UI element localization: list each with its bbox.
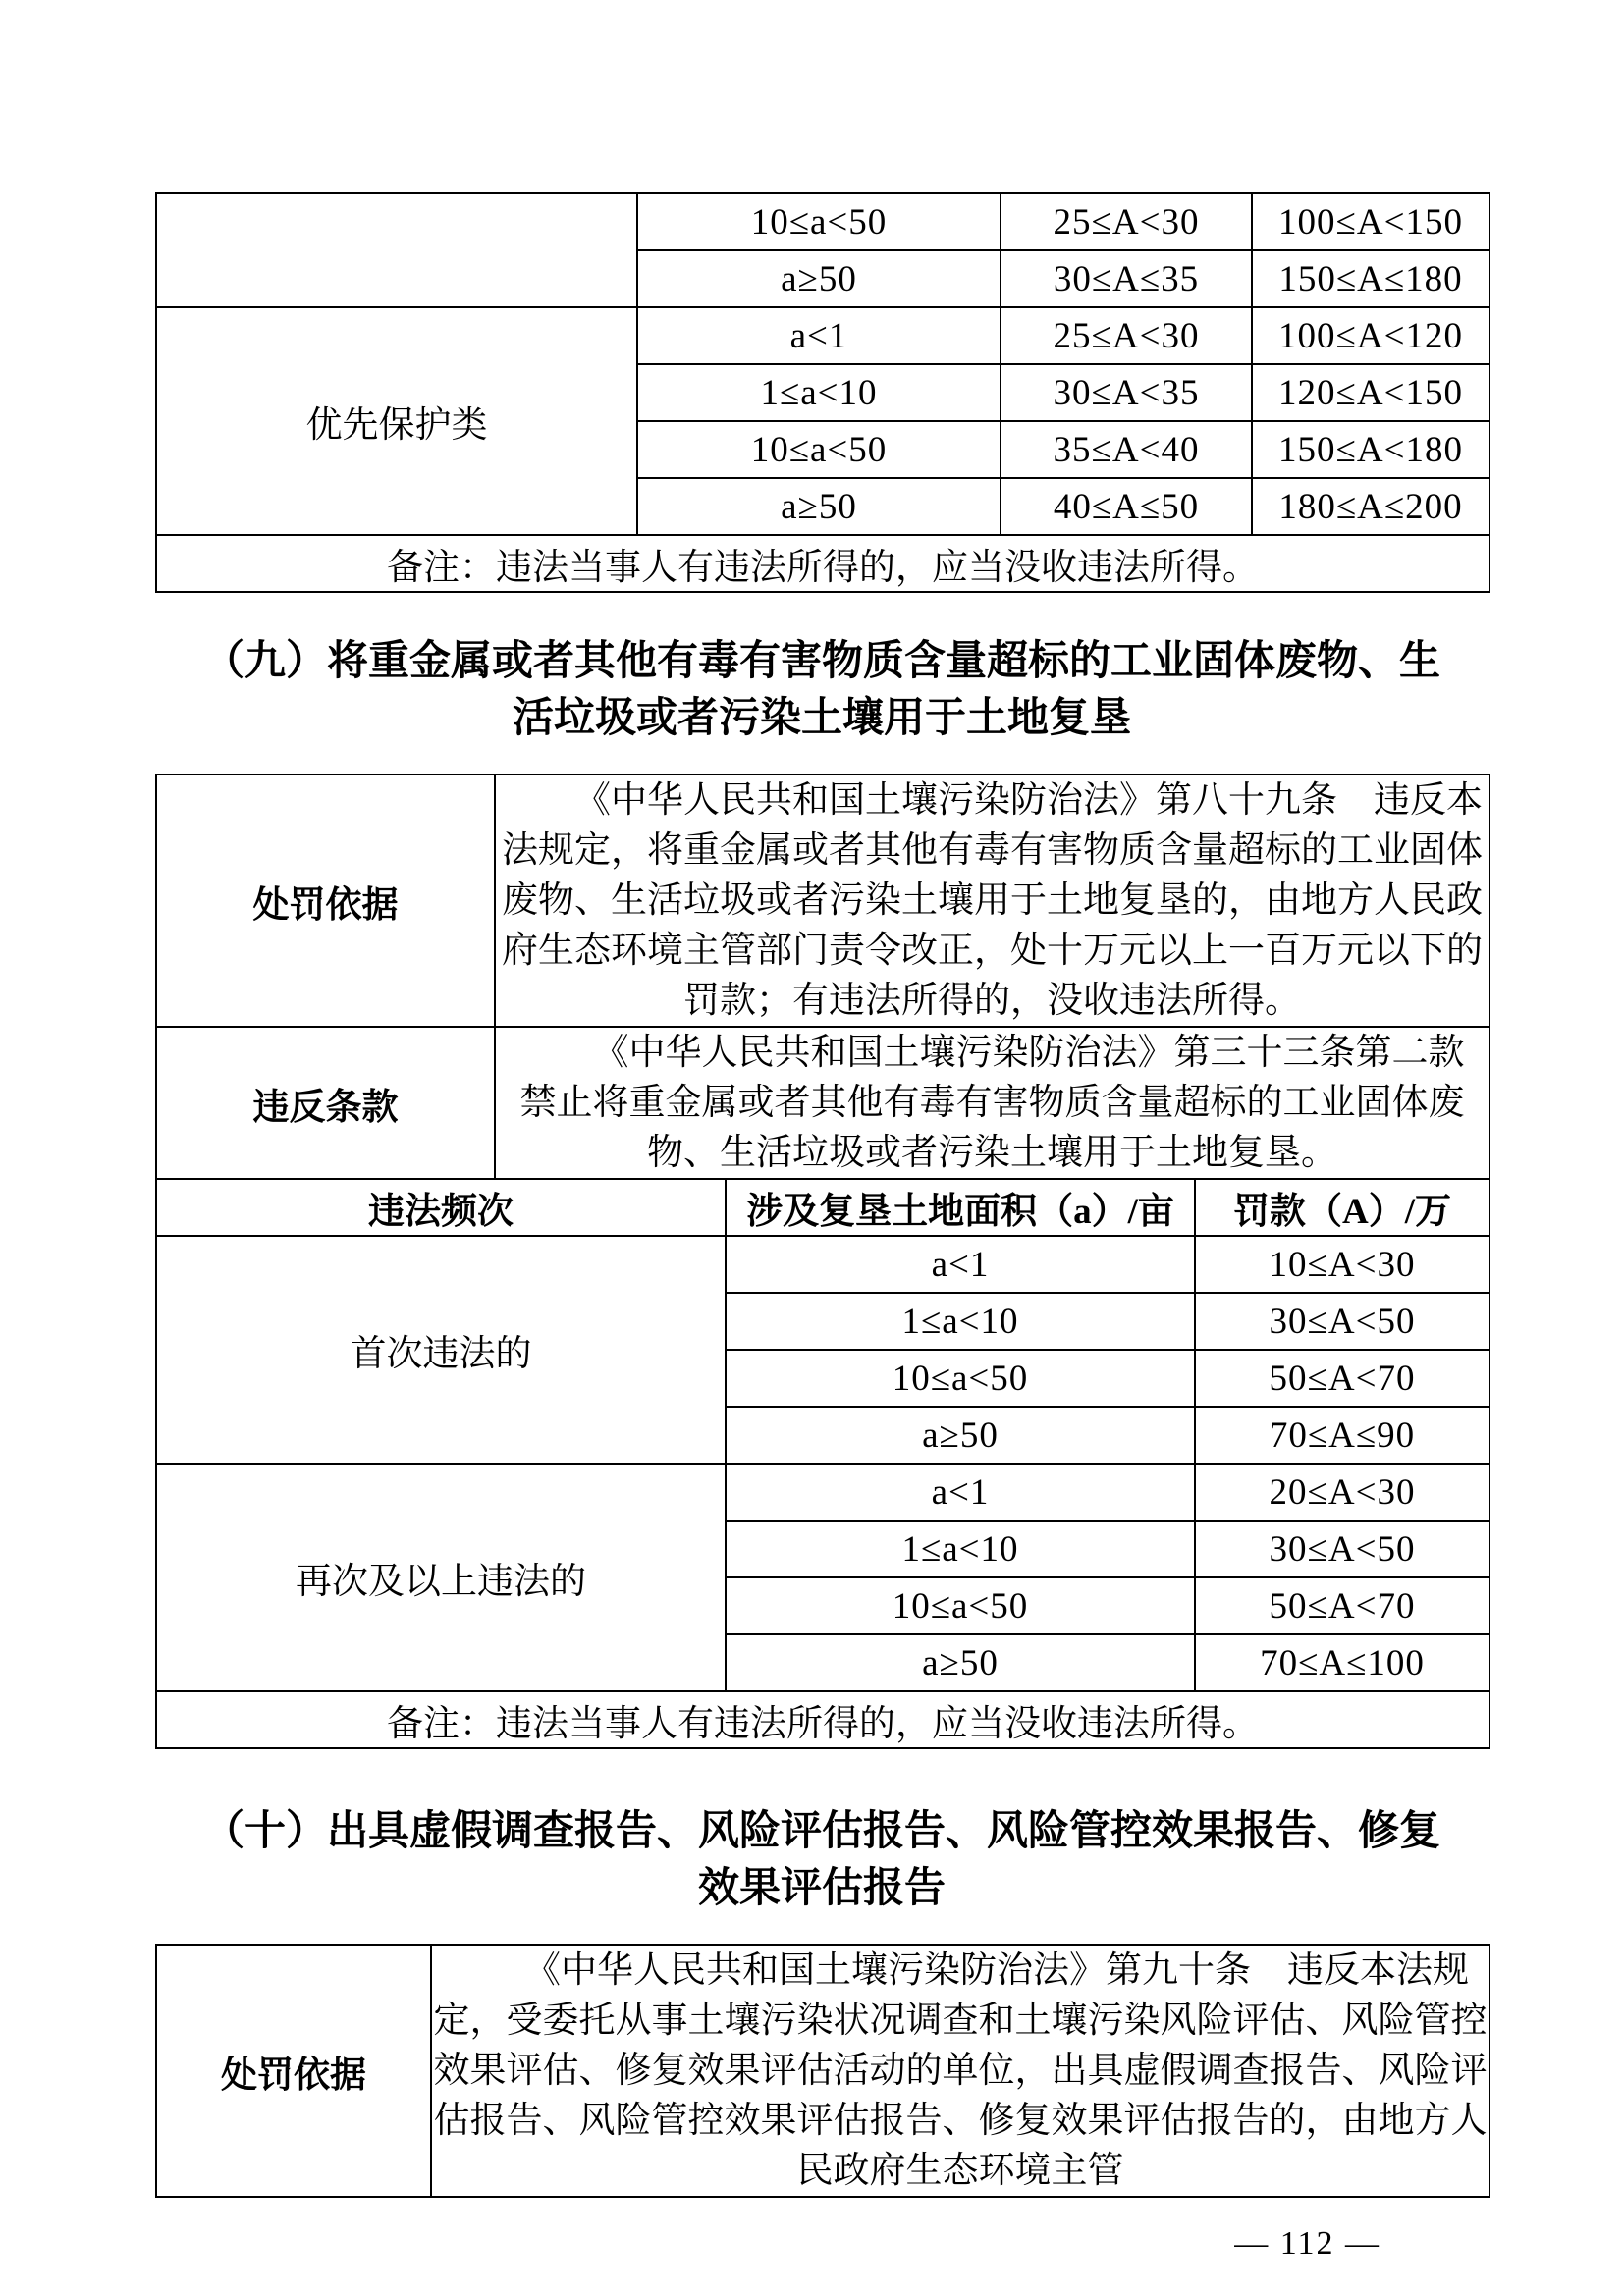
section-10-title-line2: 效果评估报告: [155, 1861, 1489, 1918]
area-range-cell: 1≤a<10: [726, 1293, 1195, 1350]
category-cell-empty: [156, 193, 637, 307]
page-number: — 112 —: [155, 2225, 1489, 2263]
area-range-cell: a<1: [726, 1464, 1195, 1521]
table-row: 优先保护类 a<1 25≤A<30 100≤A<120: [156, 307, 1489, 364]
table-row-note: 备注：违法当事人有违法所得的，应当没收违法所得。: [156, 1691, 1489, 1748]
area-range-cell: 10≤a<50: [637, 193, 1001, 250]
fine-range-cell: 25≤A<30: [1001, 307, 1252, 364]
document-page: 10≤a<50 25≤A<30 100≤A<150 a≥50 30≤A≤35 1…: [0, 0, 1624, 2296]
table-header-row: 违法频次 涉及复垦土地面积（a）/亩 罚款（A）/万: [156, 1179, 1489, 1236]
table-row: 处罚依据 《中华人民共和国土壤污染防治法》第九十条 违反本法规定，受委托从事土壤…: [156, 1945, 1489, 2197]
fine-range-cell: 70≤A≤100: [1195, 1634, 1489, 1691]
table-row: 处罚依据 《中华人民共和国土壤污染防治法》第八十九条 违反本法规定，将重金属或者…: [156, 774, 1489, 1027]
fine-range-cell: 40≤A≤50: [1001, 478, 1252, 535]
section-9-title-line1: （九）将重金属或者其他有毒有害物质含量超标的工业固体废物、生: [155, 634, 1489, 691]
column-header-fine: 罚款（A）/万: [1195, 1179, 1489, 1236]
fine-range-cell: 180≤A≤200: [1252, 478, 1489, 535]
fine-range-cell: 150≤A≤180: [1252, 250, 1489, 307]
area-range-cell: 10≤a<50: [726, 1577, 1195, 1634]
fine-range-cell: 30≤A≤35: [1001, 250, 1252, 307]
section-9-title: （九）将重金属或者其他有毒有害物质含量超标的工业固体废物、生 活垃圾或者污染土壤…: [155, 634, 1489, 748]
frequency-cell-repeat-violation: 再次及以上违法的: [156, 1464, 726, 1691]
category-cell-priority-protection: 优先保护类: [156, 307, 637, 535]
area-range-cell: 1≤a<10: [726, 1521, 1195, 1577]
fine-range-cell: 35≤A<40: [1001, 421, 1252, 478]
area-range-cell: a≥50: [637, 250, 1001, 307]
section-9-fine-table: 违法频次 涉及复垦土地面积（a）/亩 罚款（A）/万 首次违法的 a<1 10≤…: [155, 1178, 1490, 1692]
section-9-basis-table: 处罚依据 《中华人民共和国土壤污染防治法》第八十九条 违反本法规定，将重金属或者…: [155, 774, 1490, 1180]
fine-range-cell: 10≤A<30: [1195, 1236, 1489, 1293]
frequency-cell-first-violation: 首次违法的: [156, 1236, 726, 1464]
penalty-basis-text: 《中华人民共和国土壤污染防治法》第九十条 违反本法规定，受委托从事土壤污染状况调…: [431, 1945, 1489, 2197]
section-9-title-line2: 活垃圾或者污染土壤用于土地复垦: [155, 691, 1489, 748]
table-row: 再次及以上违法的 a<1 20≤A<30: [156, 1464, 1489, 1521]
area-range-cell: a≥50: [726, 1407, 1195, 1464]
area-range-cell: a≥50: [726, 1634, 1195, 1691]
fine-range-cell: 100≤A<120: [1252, 307, 1489, 364]
area-range-cell: 10≤a<50: [726, 1350, 1195, 1407]
column-header-frequency: 违法频次: [156, 1179, 726, 1236]
section-10-title: （十）出具虚假调查报告、风险评估报告、风险管控效果报告、修复 效果评估报告: [155, 1804, 1489, 1918]
fine-range-cell: 20≤A<30: [1195, 1464, 1489, 1521]
fine-range-cell: 50≤A<70: [1195, 1350, 1489, 1407]
note-cell: 备注：违法当事人有违法所得的，应当没收违法所得。: [156, 535, 1489, 592]
penalty-basis-label: 处罚依据: [156, 774, 495, 1027]
area-range-cell: a≥50: [637, 478, 1001, 535]
section-10-title-line1: （十）出具虚假调查报告、风险评估报告、风险管控效果报告、修复: [155, 1804, 1489, 1861]
fine-range-cell: 30≤A<50: [1195, 1293, 1489, 1350]
area-range-cell: 1≤a<10: [637, 364, 1001, 421]
fine-range-cell: 120≤A<150: [1252, 364, 1489, 421]
table-row: 10≤a<50 25≤A<30 100≤A<150: [156, 193, 1489, 250]
fine-range-cell: 30≤A<50: [1195, 1521, 1489, 1577]
fine-range-cell: 70≤A≤90: [1195, 1407, 1489, 1464]
table-row-note: 备注：违法当事人有违法所得的，应当没收违法所得。: [156, 535, 1489, 592]
penalty-range-table-continuation: 10≤a<50 25≤A<30 100≤A<150 a≥50 30≤A≤35 1…: [155, 192, 1490, 593]
section-10-basis-table: 处罚依据 《中华人民共和国土壤污染防治法》第九十条 违反本法规定，受委托从事土壤…: [155, 1944, 1490, 2198]
fine-range-cell: 50≤A<70: [1195, 1577, 1489, 1634]
note-cell: 备注：违法当事人有违法所得的，应当没收违法所得。: [156, 1691, 1489, 1748]
fine-range-cell: 30≤A<35: [1001, 364, 1252, 421]
area-range-cell: a<1: [726, 1236, 1195, 1293]
violation-clause-text: 《中华人民共和国土壤污染防治法》第三十三条第二款 禁止将重金属或者其他有毒有害物…: [495, 1027, 1489, 1179]
fine-range-cell: 25≤A<30: [1001, 193, 1252, 250]
fine-range-cell: 150≤A<180: [1252, 421, 1489, 478]
column-header-area: 涉及复垦土地面积（a）/亩: [726, 1179, 1195, 1236]
fine-range-cell: 100≤A<150: [1252, 193, 1489, 250]
penalty-basis-text: 《中华人民共和国土壤污染防治法》第八十九条 违反本法规定，将重金属或者其他有毒有…: [495, 774, 1489, 1027]
area-range-cell: a<1: [637, 307, 1001, 364]
penalty-basis-label: 处罚依据: [156, 1945, 431, 2197]
section-9-note-table: 备注：违法当事人有违法所得的，应当没收违法所得。: [155, 1690, 1490, 1749]
table-row: 首次违法的 a<1 10≤A<30: [156, 1236, 1489, 1293]
violation-clause-label: 违反条款: [156, 1027, 495, 1179]
area-range-cell: 10≤a<50: [637, 421, 1001, 478]
table-row: 违反条款 《中华人民共和国土壤污染防治法》第三十三条第二款 禁止将重金属或者其他…: [156, 1027, 1489, 1179]
